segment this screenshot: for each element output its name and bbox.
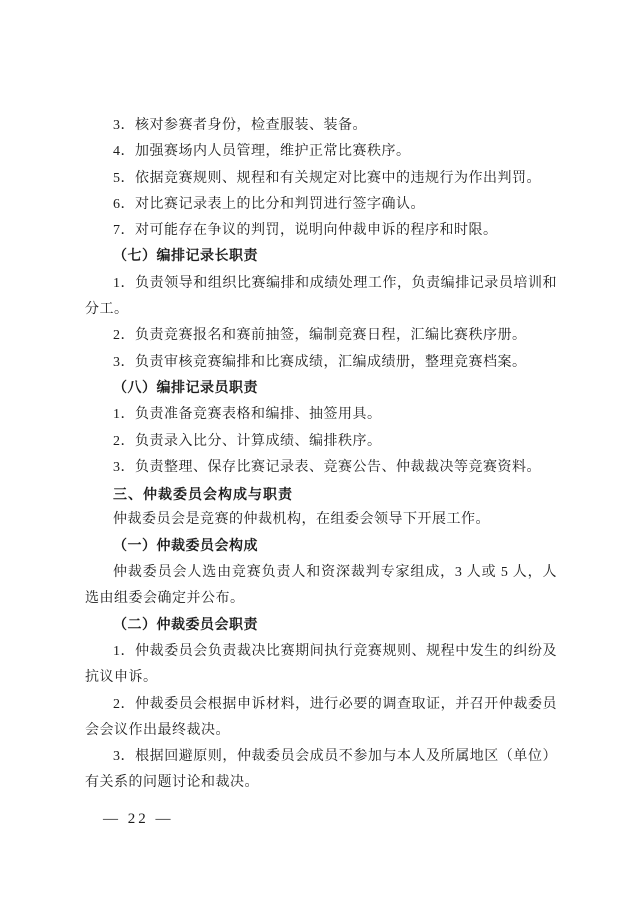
body-paragraph: 仲裁委员会是竞赛的仲裁机构，在组委会领导下开展工作。: [85, 507, 557, 533]
body-paragraph: 3．核对参赛者身份，检查服装、装备。: [85, 113, 557, 139]
body-paragraph: 6．对比赛记录表上的比分和判罚进行签字确认。: [85, 192, 557, 218]
body-paragraph: 3．根据回避原则，仲裁委员会成员不参加与本人及所属地区（单位）有关系的问题讨论和…: [85, 744, 557, 797]
sub-heading: （二）仲裁委员会职责: [85, 613, 557, 639]
body-paragraph: 2．仲裁委员会根据申诉材料，进行必要的调查取证，并召开仲裁委员会会议作出最终裁决…: [85, 692, 557, 745]
body-paragraph: 3．负责整理、保存比赛记录表、竞赛公告、仲裁裁决等竞赛资料。: [85, 455, 557, 481]
page-number-text: — 22 —: [103, 811, 174, 827]
body-paragraph: 1．负责准备竞赛表格和编排、抽签用具。: [85, 402, 557, 428]
body-paragraph: 2．负责录入比分、计算成绩、编排秩序。: [85, 429, 557, 455]
body-paragraph: 4．加强赛场内人员管理，维护正常比赛秩序。: [85, 139, 557, 165]
document-page: 3．核对参赛者身份，检查服装、装备。4．加强赛场内人员管理，维护正常比赛秩序。5…: [0, 0, 637, 900]
chapter-heading: 三、仲裁委员会构成与职责: [85, 481, 557, 507]
sub-heading: （一）仲裁委员会构成: [85, 534, 557, 560]
body-paragraph: 7．对可能存在争议的判罚，说明向仲裁申诉的程序和时限。: [85, 218, 557, 244]
body-paragraph: 2．负责竞赛报名和赛前抽签，编制竞赛日程，汇编比赛秩序册。: [85, 323, 557, 349]
sub-heading: （七）编排记录长职责: [85, 244, 557, 270]
body-paragraph: 1．负责领导和组织比赛编排和成绩处理工作，负责编排记录员培训和分工。: [85, 271, 557, 324]
document-body: 3．核对参赛者身份，检查服装、装备。4．加强赛场内人员管理，维护正常比赛秩序。5…: [85, 113, 557, 797]
page-number: — 22 —: [103, 811, 174, 828]
body-paragraph: 1．仲裁委员会负责裁决比赛期间执行竞赛规则、规程中发生的纠纷及抗议申诉。: [85, 639, 557, 692]
body-paragraph: 仲裁委员会人选由竞赛负责人和资深裁判专家组成，3 人或 5 人，人选由组委会确定…: [85, 560, 557, 613]
sub-heading: （八）编排记录员职责: [85, 376, 557, 402]
body-paragraph: 5．依据竞赛规则、规程和有关规定对比赛中的违规行为作出判罚。: [85, 166, 557, 192]
body-paragraph: 3．负责审核竞赛编排和比赛成绩，汇编成绩册，整理竞赛档案。: [85, 350, 557, 376]
